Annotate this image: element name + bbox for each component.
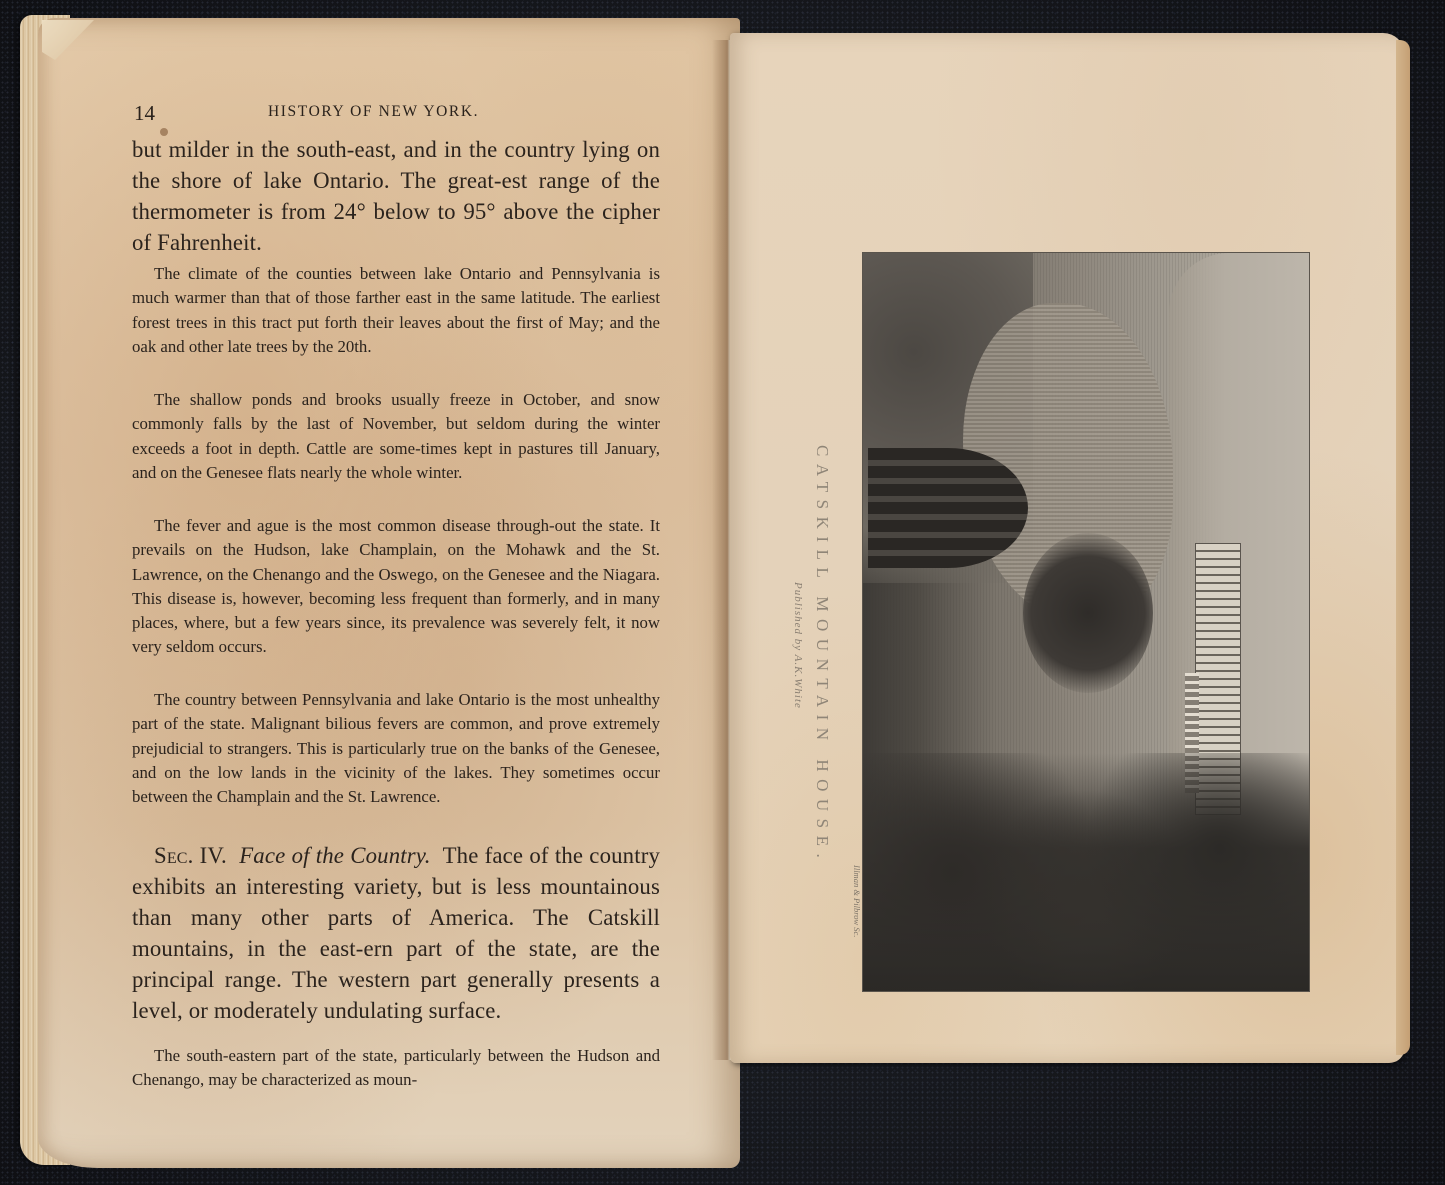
paragraph-climate: The climate of the counties between lake… — [132, 262, 660, 359]
paragraph-freezing: The shallow ponds and brooks usually fre… — [132, 388, 660, 485]
running-head: HISTORY OF NEW YORK. — [268, 103, 479, 121]
paragraph-text: The country between Pennsylvania and lak… — [132, 688, 660, 809]
engraving-lower-forest — [863, 753, 1309, 991]
paragraph-text: The fever and ague is the most common di… — [132, 514, 660, 660]
paragraph-south-east: The south-eastern part of the state, par… — [132, 1044, 660, 1093]
plate-title: CATSKILL MOUNTAIN HOUSE. — [812, 445, 832, 865]
paragraph-climate-continued: but milder in the south-east, and in the… — [132, 134, 660, 258]
page-header: 14 HISTORY OF NEW YORK. — [130, 95, 660, 125]
section-title: Face of the Country. — [239, 843, 430, 868]
plate-engraver: Illman & Pilbrow Sc. — [852, 865, 862, 937]
paragraph-text: The south-eastern part of the state, par… — [132, 1044, 660, 1093]
engraving-dark-trees — [868, 448, 1028, 568]
paragraph-text: The climate of the counties between lake… — [132, 262, 660, 359]
plate-publisher: Published by A.K.White — [792, 582, 804, 709]
section-body: The face of the country exhibits an inte… — [132, 843, 660, 1023]
right-page-edge — [1396, 40, 1410, 1055]
section-iv-face-of-country: Sec. IV. Face of the Country. The face o… — [132, 840, 660, 1026]
paragraph-text: but milder in the south-east, and in the… — [132, 134, 660, 258]
page-number: 14 — [134, 101, 155, 126]
section-label: Sec. IV. — [154, 843, 227, 868]
paragraph-unhealthy-region: The country between Pennsylvania and lak… — [132, 688, 660, 809]
plate-caption — [760, 430, 860, 830]
paragraph-text: The shallow ponds and brooks usually fre… — [132, 388, 660, 485]
paragraph-disease: The fever and ague is the most common di… — [132, 514, 660, 660]
engraving-catskill-mountain-house — [862, 252, 1310, 992]
engraving-tree — [1023, 533, 1153, 693]
